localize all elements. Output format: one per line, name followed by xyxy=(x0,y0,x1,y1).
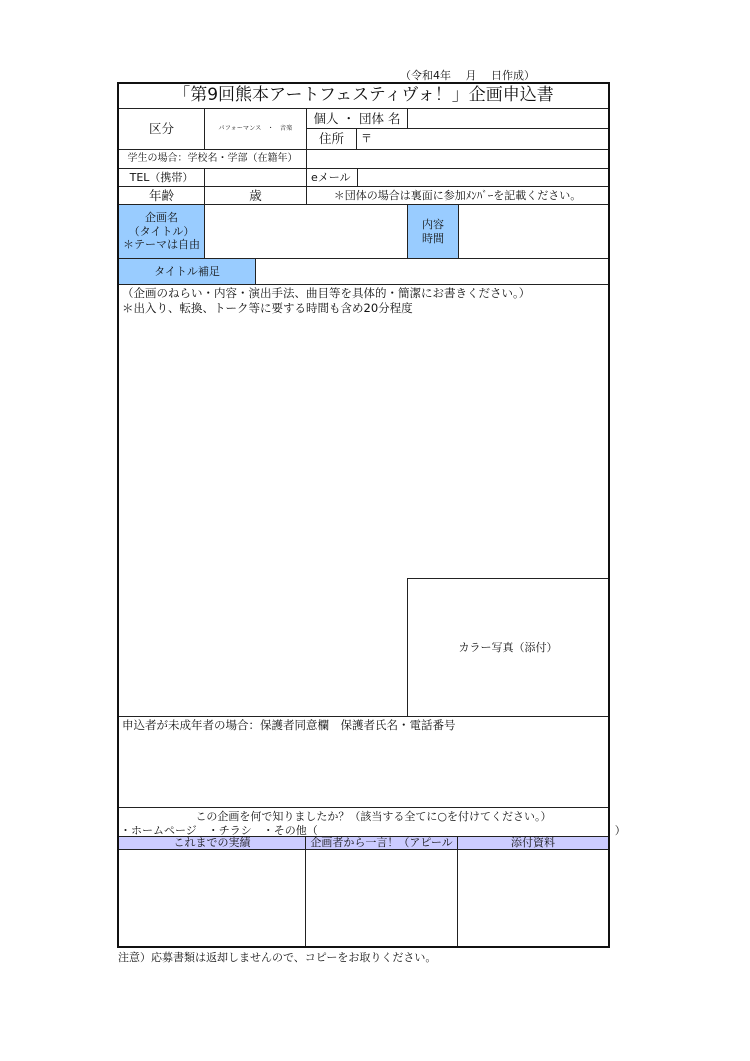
guardian-consent-area[interactable]: 申込者が未成年者の場合：保護者同意欄 保護者氏名・電話番号 xyxy=(119,717,608,808)
tel-label: TEL（携帯） xyxy=(119,169,205,187)
subtitle-label: タイトル補足 xyxy=(119,259,256,285)
duration-label-line2: 時間 xyxy=(422,232,444,246)
creation-date-line: （令和4年 月 日作成） xyxy=(400,67,610,83)
guardian-label: 申込者が未成年者の場合：保護者同意欄 保護者氏名・電話番号 xyxy=(122,718,605,733)
header-past-achievements: これまでの実績 xyxy=(119,836,306,850)
header-attachments: 添付資料 xyxy=(458,836,608,850)
past-achievements-field[interactable] xyxy=(119,850,306,946)
header-appeal: 企画者から一言！（アピール xyxy=(306,836,458,850)
group-note: ＊団体の場合は裏面に参加ﾒﾝﾊﾞｰを記載ください。 xyxy=(307,187,608,205)
name-field[interactable] xyxy=(408,109,608,129)
plan-name-field[interactable] xyxy=(205,205,408,259)
how-known-section: この企画を何で知りましたか？（該当する全てに○を付けてください。） ・ホームペー… xyxy=(119,808,608,836)
content-instruction-1: （企画のねらい・内容・演出手法、曲目等を具体的・簡潔にお書きください。） xyxy=(122,286,605,301)
plan-name-label-line3: ＊テーマは自由 xyxy=(123,238,200,252)
footer-note: 注意）応募書類は返却しませんので、コピーをお取りください。 xyxy=(118,949,436,965)
age-label: 年齢 xyxy=(119,187,205,205)
address-label: 住所 xyxy=(307,129,357,150)
address-field[interactable]: 〒 xyxy=(357,129,608,150)
name-label: 個人 ・ 団体 名 xyxy=(307,109,408,129)
subtitle-field[interactable] xyxy=(256,259,608,285)
email-label: eメール xyxy=(307,169,358,187)
duration-label-line1: 内容 xyxy=(422,218,444,232)
appeal-field[interactable] xyxy=(306,850,458,946)
age-unit: 歳 xyxy=(249,188,262,204)
plan-name-label-line2: （タイトル） xyxy=(129,225,195,239)
duration-field[interactable] xyxy=(459,205,608,259)
category-label: 区分 xyxy=(119,109,205,150)
photo-label: カラー写真（添付） xyxy=(459,641,558,655)
how-known-question: この企画を何で知りましたか？（該当する全てに○を付けてください。） xyxy=(120,810,607,824)
form-title: 「第9回熊本アートフェスティヴォ！」企画申込書 xyxy=(119,84,608,109)
attachments-field[interactable] xyxy=(458,850,608,946)
age-field[interactable]: 歳 xyxy=(205,187,307,205)
application-form: 「第9回熊本アートフェスティヴォ！」企画申込書 区分 パフォーマンス ・ 音楽 … xyxy=(117,82,610,948)
email-field[interactable] xyxy=(358,169,608,187)
tel-field[interactable] xyxy=(205,169,307,187)
plan-name-label-line1: 企画名 xyxy=(145,211,178,225)
category-value-field[interactable]: パフォーマンス ・ 音楽 xyxy=(205,109,307,150)
plan-name-label: 企画名 （タイトル） ＊テーマは自由 xyxy=(119,205,205,259)
duration-label: 内容 時間 xyxy=(408,205,459,259)
content-instruction-2: ＊出入り、転換、トーク等に要する時間も含め20分程度 xyxy=(122,301,605,316)
school-label: 学生の場合：学校名・学部（在籍年） xyxy=(119,150,307,169)
school-field[interactable] xyxy=(307,150,608,169)
color-photo-box[interactable]: カラー写真（添付） xyxy=(407,578,608,717)
